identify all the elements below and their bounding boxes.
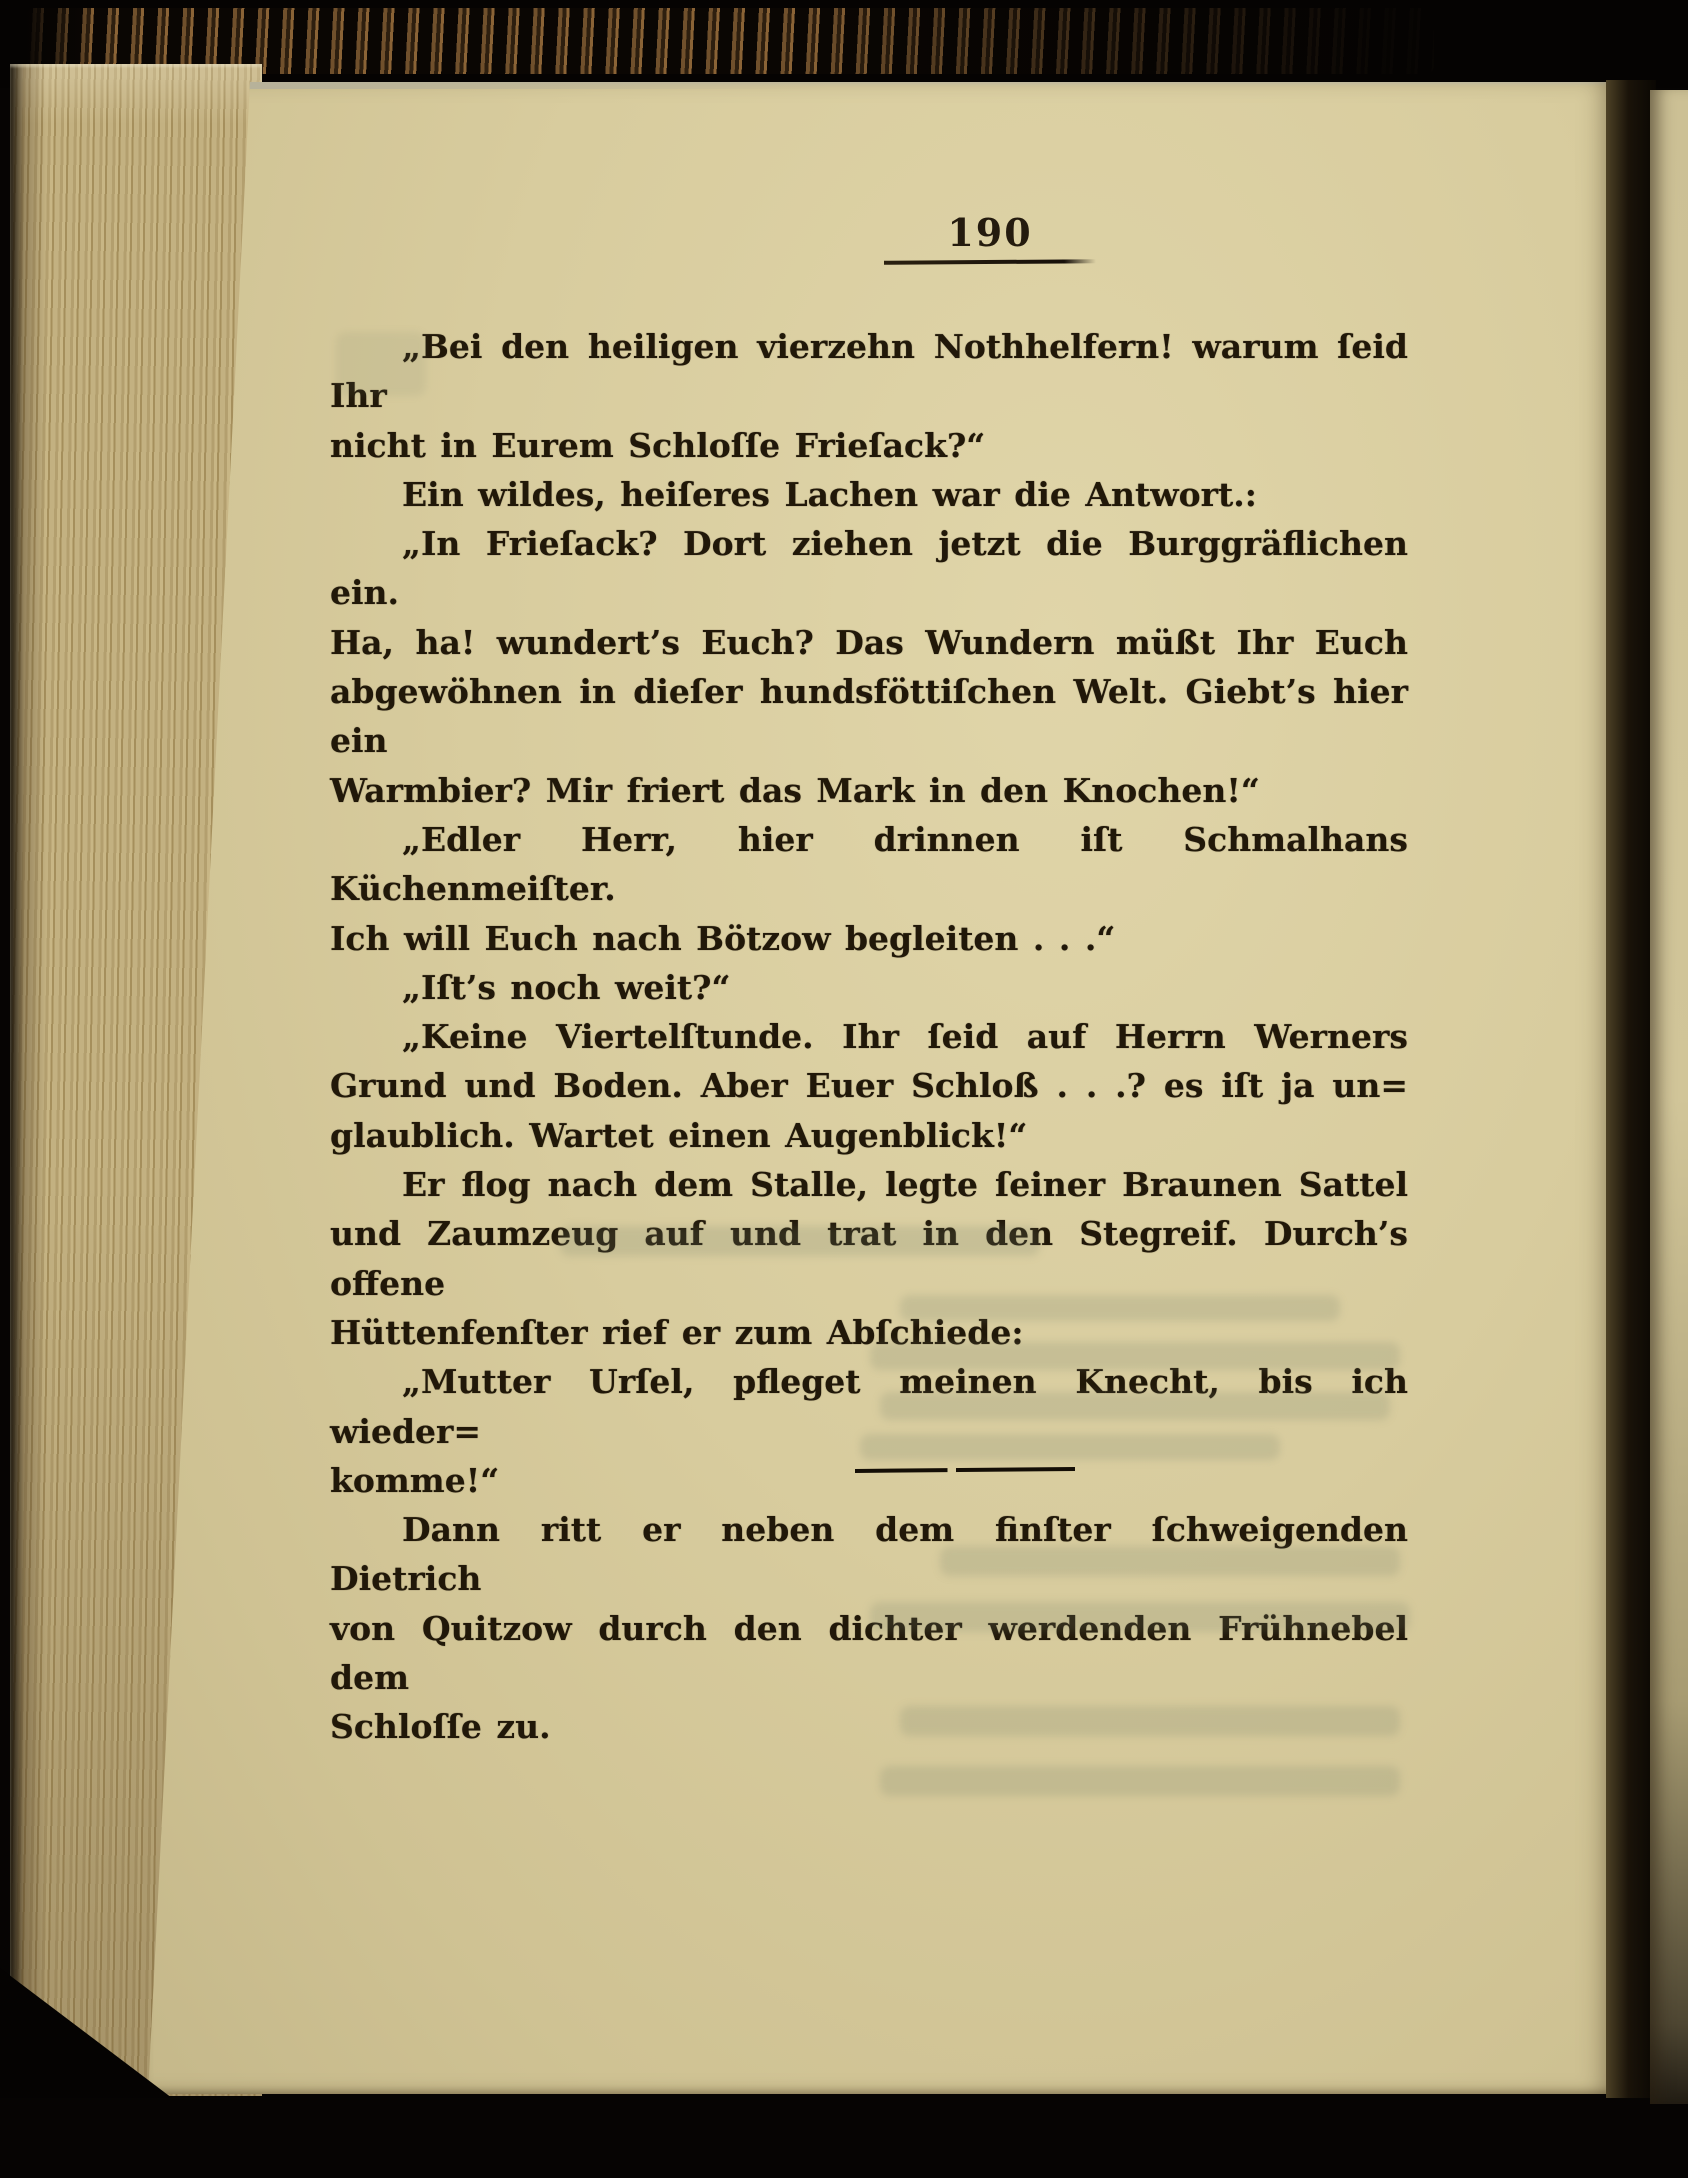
text-line: und Zaumzeug auf und trat in den Stegrei… (330, 1209, 1408, 1308)
text-line: abgewöhnen in dieſer hundsföttiſchen Wel… (330, 667, 1408, 766)
show-through-ghost (870, 1602, 1410, 1632)
text-line: Ein wildes, heiſeres Lachen war die Antw… (330, 470, 1408, 519)
text-line: Ich will Euch nach Bötzow begleiten . . … (330, 914, 1408, 963)
show-through-ghost (870, 1342, 1400, 1370)
text-line: „Edler Herr, hier drinnen iſt Schmalhans… (330, 815, 1408, 914)
book-photo: 190 „Bei den heiligen vierzehn Nothhelfe… (0, 0, 1688, 2178)
text-line: „Bei den heiligen vierzehn Nothhelfern! … (330, 322, 1408, 421)
show-through-ghost (900, 1295, 1340, 1321)
text-line: glaublich. Wartet einen Augenblick!“ (330, 1111, 1408, 1160)
show-through-ghost (560, 1226, 1040, 1256)
page-number-rule (884, 259, 1096, 264)
text-line: Warmbier? Mir friert das Mark in den Kno… (330, 766, 1408, 815)
page-number-block: 190 (884, 210, 1096, 264)
gutter-shadow (1606, 80, 1656, 2098)
page-number: 190 (884, 210, 1096, 255)
text-line: Er flog nach dem Stalle, legte ſeiner Br… (330, 1160, 1408, 1209)
text-line: Ha, ha! wundert’s Euch? Das Wundern müßt… (330, 618, 1408, 667)
sheet-top-edge (248, 82, 828, 89)
show-through-ghost (336, 332, 426, 396)
show-through-ghost (860, 1434, 1280, 1460)
text-line: Grund und Boden. Aber Euer Schloß . . .?… (330, 1061, 1408, 1110)
show-through-ghost (880, 1392, 1390, 1420)
text-line: komme!“ (330, 1456, 1408, 1505)
text-line: „Iſt’s noch weit?“ (330, 963, 1408, 1012)
text-line: „In Frieſack? Dort ziehen jetzt die Burg… (330, 519, 1408, 618)
show-through-ghost (880, 1766, 1400, 1796)
adjacent-page-edge (1650, 90, 1688, 2104)
text-line: „Keine Viertelſtunde. Ihr ſeid auf Herrn… (330, 1012, 1408, 1061)
body-text: „Bei den heiligen vierzehn Nothhelfern! … (330, 322, 1408, 1752)
show-through-ghost (940, 1546, 1400, 1576)
book-page: 190 „Bei den heiligen vierzehn Nothhelfe… (148, 82, 1612, 2094)
show-through-ghost (900, 1706, 1400, 1736)
text-line: nicht in Eurem Schloſſe Frieſack?“ (330, 421, 1408, 470)
